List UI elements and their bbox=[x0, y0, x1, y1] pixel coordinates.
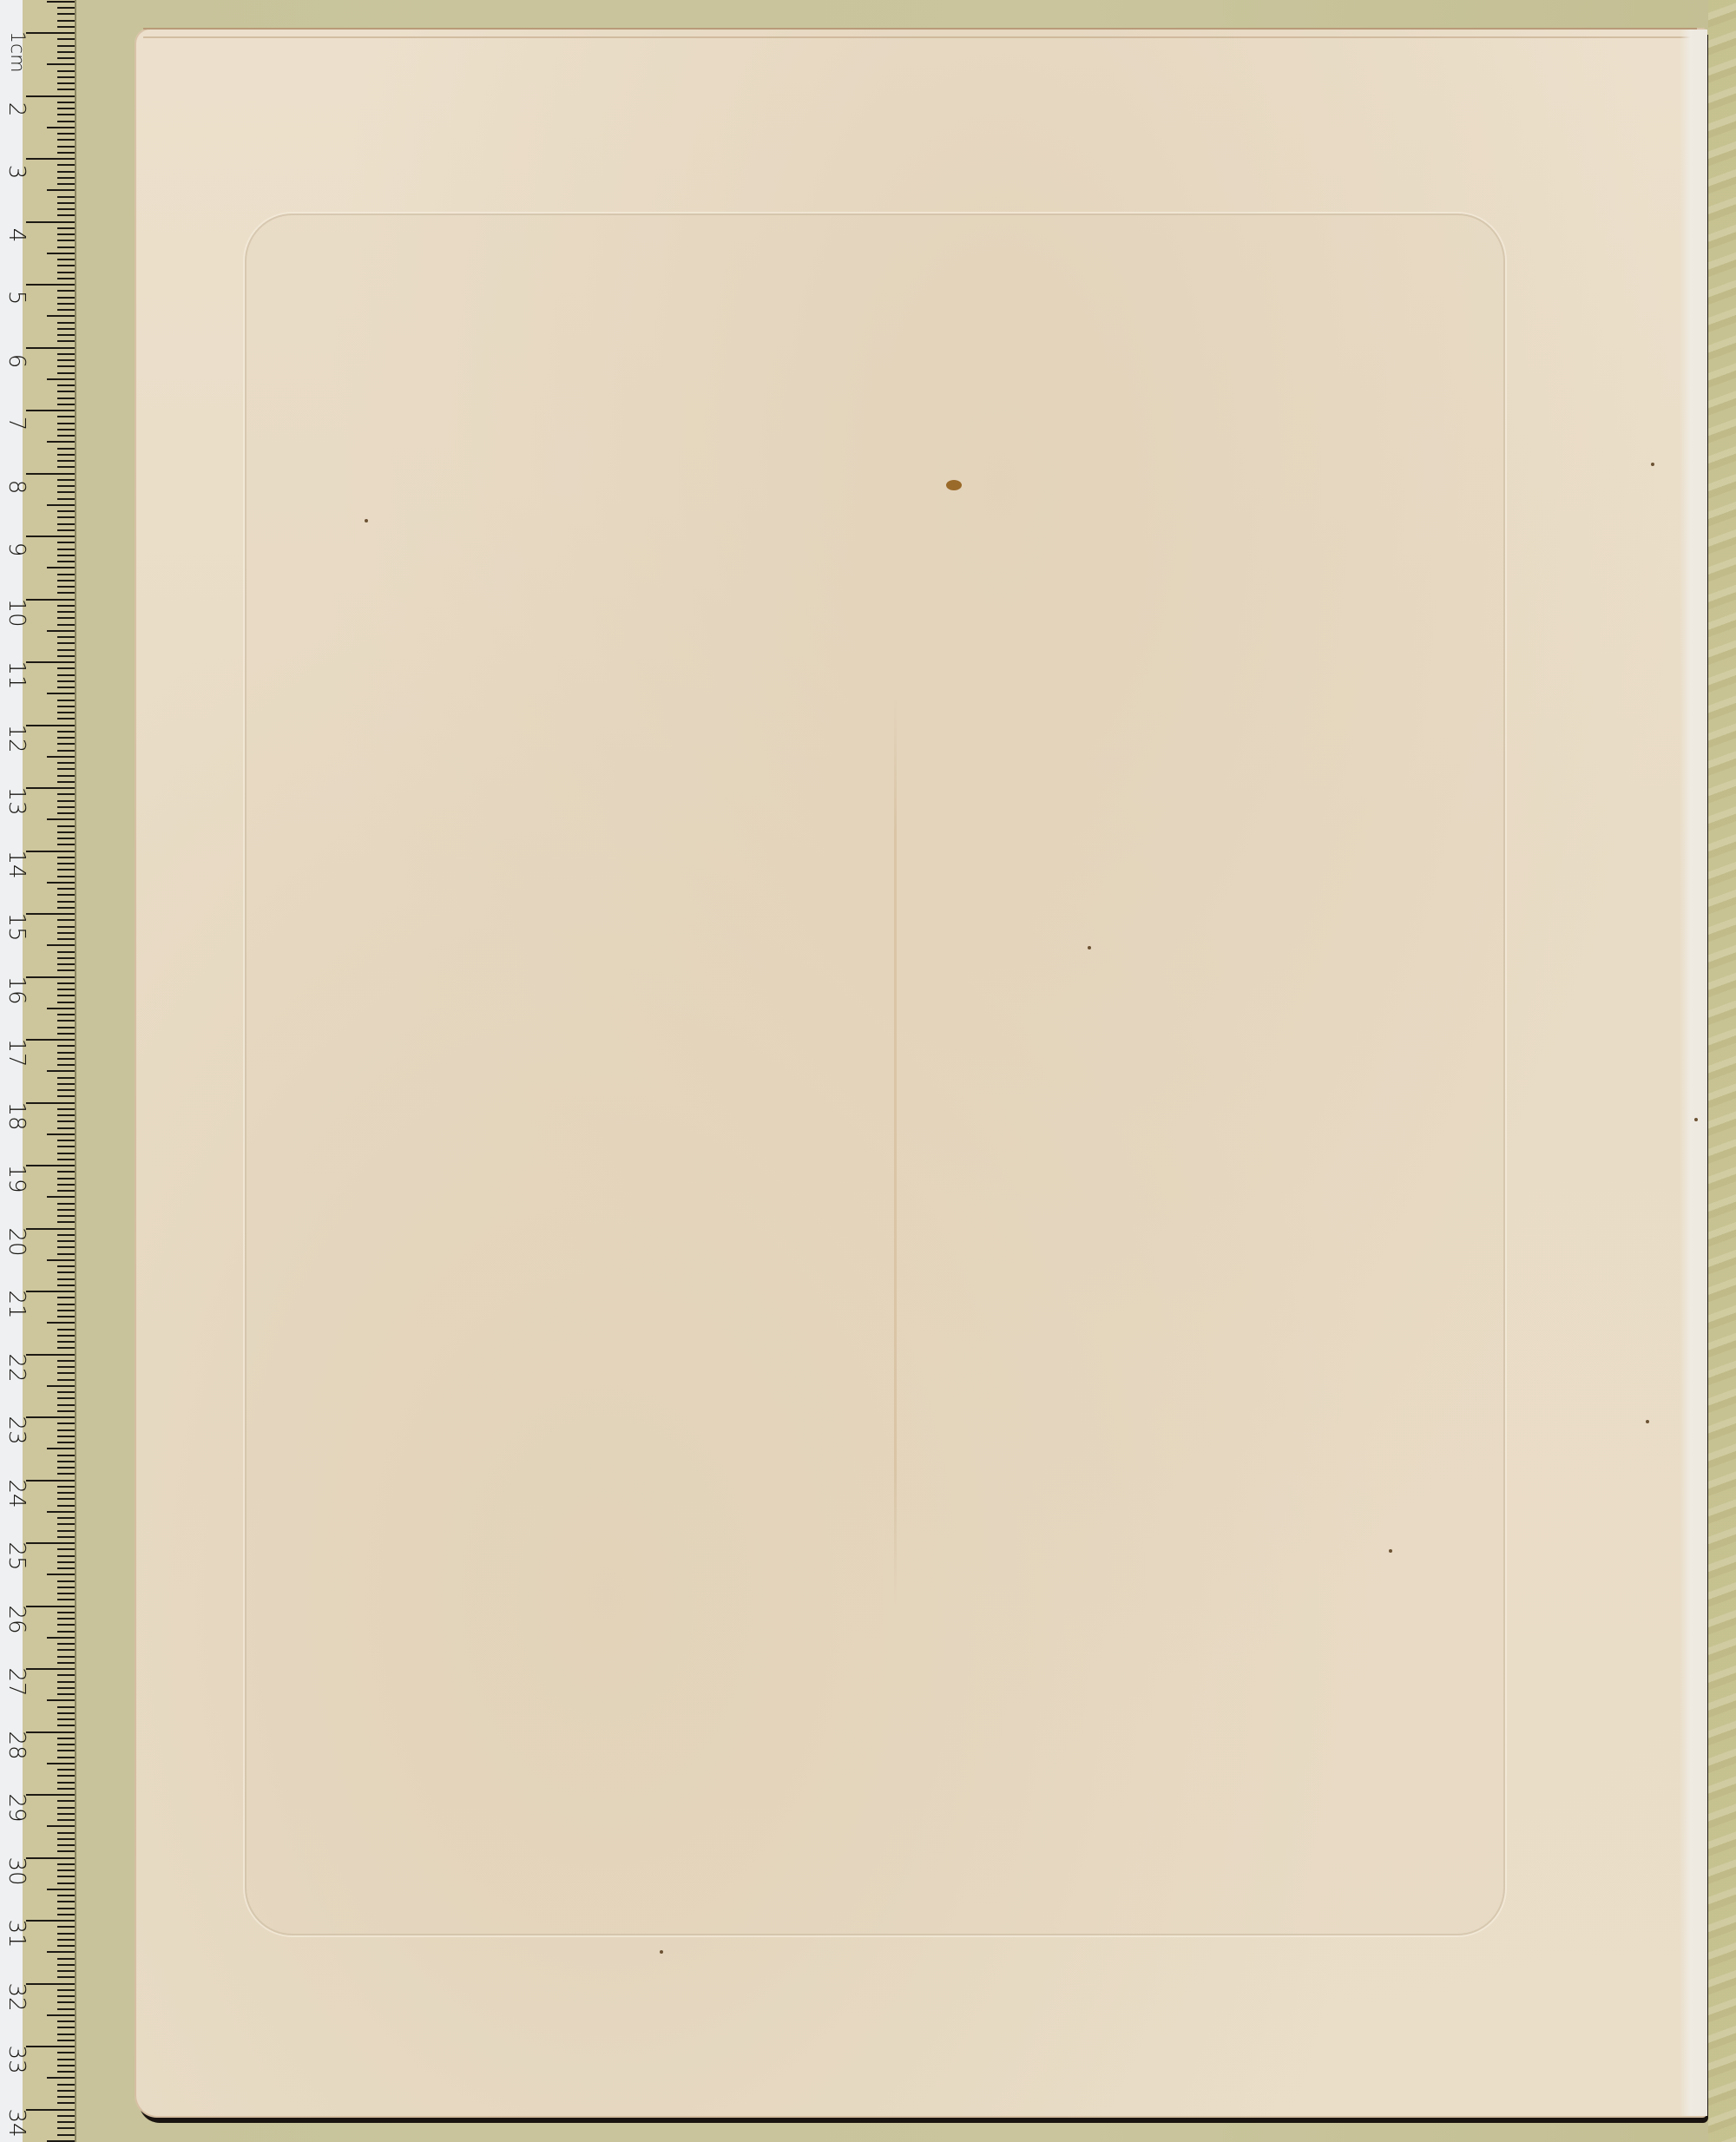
ruler-tick bbox=[57, 1832, 75, 1834]
ruler-tick bbox=[57, 398, 75, 399]
ruler-tick bbox=[57, 793, 75, 795]
ruler-tick bbox=[57, 1310, 75, 1311]
ruler-tick bbox=[57, 561, 75, 562]
ruler-tick bbox=[26, 1039, 75, 1041]
hinge-guard-strip bbox=[1680, 30, 1707, 2116]
ruler-tick bbox=[57, 982, 75, 984]
ruler-tick bbox=[57, 2001, 75, 2003]
ruler-tick bbox=[57, 1517, 75, 1519]
ruler-tick bbox=[57, 38, 75, 40]
ruler-tick bbox=[57, 894, 75, 896]
ruler-tick bbox=[57, 1410, 75, 1412]
ruler-tick bbox=[57, 574, 75, 575]
ruler-tick bbox=[47, 441, 75, 443]
ruler-cm-label: 4 bbox=[6, 220, 27, 250]
ruler-tick bbox=[57, 303, 75, 305]
ruler-tick bbox=[57, 2034, 75, 2035]
ruler-tick bbox=[57, 146, 75, 148]
ruler-tick bbox=[57, 1523, 75, 1525]
ruler-tick bbox=[47, 1008, 75, 1009]
ruler-tick bbox=[57, 214, 75, 216]
ruler-tick bbox=[57, 1643, 75, 1645]
ruler-tick bbox=[57, 322, 75, 324]
ruler-tick bbox=[57, 812, 75, 814]
ruler-tick bbox=[57, 1379, 75, 1381]
ruler-tick bbox=[57, 1146, 75, 1147]
ruler-tick bbox=[47, 693, 75, 694]
ruler-tick bbox=[57, 498, 75, 500]
ruler-tick bbox=[57, 731, 75, 733]
ruler-tick bbox=[47, 1951, 75, 1953]
ruler-tick bbox=[57, 901, 75, 903]
ruler-tick bbox=[57, 89, 75, 90]
ruler-tick bbox=[47, 189, 75, 191]
ruler-tick bbox=[47, 1574, 75, 1575]
foxing-spot bbox=[1088, 946, 1091, 949]
ruler-cm-label: 13 bbox=[6, 786, 27, 816]
ruler-tick bbox=[26, 1668, 75, 1670]
ruler-tick bbox=[57, 152, 75, 154]
ruler-tick bbox=[57, 479, 75, 481]
ruler-tick bbox=[57, 416, 75, 417]
ruler-tick bbox=[26, 1731, 75, 1733]
ruler-tick bbox=[57, 1738, 75, 1739]
ruler-tick bbox=[57, 1693, 75, 1695]
ruler-tick bbox=[57, 592, 75, 594]
ruler-cm-label: 30 bbox=[6, 1856, 27, 1886]
ruler-tick bbox=[57, 1486, 75, 1488]
ruler-tick bbox=[57, 171, 75, 173]
ruler-tick bbox=[26, 473, 75, 475]
ruler-tick bbox=[57, 743, 75, 745]
ruler-tick bbox=[57, 1561, 75, 1563]
ruler-tick bbox=[57, 1240, 75, 1242]
ruler-tick bbox=[57, 687, 75, 688]
ruler-cm-label: 18 bbox=[6, 1101, 27, 1131]
ruler-tick bbox=[57, 969, 75, 971]
ruler-cm-label: 32 bbox=[6, 1982, 27, 2012]
ruler-cm-label: 17 bbox=[6, 1038, 27, 1068]
ruler-tick bbox=[57, 1945, 75, 1947]
ruler-tick bbox=[57, 2090, 75, 2092]
ruler-tick bbox=[57, 1530, 75, 1532]
ruler-tick bbox=[26, 725, 75, 726]
ruler-tick bbox=[57, 365, 75, 367]
ruler-tick bbox=[47, 2077, 75, 2079]
ruler-tick bbox=[57, 712, 75, 713]
ruler-tick bbox=[57, 2096, 75, 2098]
ruler-tick bbox=[57, 1089, 75, 1091]
ruler-tick bbox=[57, 1045, 75, 1047]
ruler-tick bbox=[57, 108, 75, 109]
ruler-tick bbox=[57, 674, 75, 676]
ruler-tick bbox=[57, 1221, 75, 1223]
ruler-tick bbox=[57, 1631, 75, 1633]
ruler-tick bbox=[57, 1095, 75, 1097]
ruler-tick bbox=[26, 410, 75, 411]
ruler-tick bbox=[57, 781, 75, 783]
ruler-tick bbox=[57, 45, 75, 47]
ruler-tick bbox=[57, 1234, 75, 1236]
ruler-tick bbox=[26, 1542, 75, 1544]
ruler-tick bbox=[57, 617, 75, 619]
ruler-tick bbox=[57, 297, 75, 299]
ruler-tick bbox=[57, 938, 75, 940]
ruler-tick bbox=[57, 1674, 75, 1676]
ruler-tick bbox=[57, 869, 75, 871]
ruler-tick bbox=[57, 1718, 75, 1720]
ruler-tick bbox=[57, 26, 75, 28]
ruler-tick bbox=[26, 1354, 75, 1356]
ruler-cm-label: 20 bbox=[6, 1227, 27, 1257]
ruler-tick bbox=[26, 2109, 75, 2111]
ruler-tick bbox=[57, 1505, 75, 1507]
ruler-tick bbox=[57, 800, 75, 802]
ruler-tick bbox=[26, 347, 75, 349]
ruler-tick bbox=[57, 1366, 75, 1368]
ruler-tick bbox=[57, 1473, 75, 1475]
ruler-cm-label: 16 bbox=[6, 976, 27, 1005]
ruler-tick bbox=[57, 1807, 75, 1809]
ruler-tick bbox=[57, 762, 75, 764]
ruler-cm-label: 33 bbox=[6, 2045, 27, 2074]
ruler-tick bbox=[57, 1114, 75, 1116]
ruler-cm-label: 24 bbox=[6, 1479, 27, 1508]
ruler-tick bbox=[57, 259, 75, 260]
ruler-tick bbox=[57, 838, 75, 839]
ruler-tick bbox=[57, 133, 75, 135]
ruler-tick bbox=[57, 454, 75, 456]
ruler-tick bbox=[57, 1455, 75, 1456]
ruler-tick bbox=[57, 611, 75, 613]
ruler-tick bbox=[57, 1052, 75, 1054]
ruler-tick bbox=[57, 384, 75, 386]
ruler-tick bbox=[57, 7, 75, 9]
center-fold-line bbox=[894, 694, 897, 1606]
ruler-tick bbox=[57, 523, 75, 525]
ruler-cm-label: 29 bbox=[6, 1793, 27, 1823]
ruler-tick bbox=[57, 359, 75, 361]
ruler-tick bbox=[57, 1775, 75, 1777]
ruler-tick bbox=[57, 768, 75, 770]
ruler-tick bbox=[57, 1020, 75, 1022]
ruler-tick bbox=[57, 1033, 75, 1035]
ruler-tick bbox=[57, 2052, 75, 2053]
ruler-tick bbox=[57, 423, 75, 424]
ruler-tick bbox=[57, 1964, 75, 1966]
ruler-tick bbox=[47, 1448, 75, 1449]
ruler-tick bbox=[47, 1637, 75, 1639]
ruler-tick bbox=[57, 1278, 75, 1280]
ruler-cm-label: 9 bbox=[6, 535, 27, 564]
ruler-tick bbox=[57, 1876, 75, 1877]
ruler-tick bbox=[57, 1548, 75, 1550]
ruler-tick bbox=[57, 1341, 75, 1343]
ruler-cm-label: 11 bbox=[6, 660, 27, 690]
ruler-tick bbox=[26, 221, 75, 223]
ruler-tick bbox=[57, 1140, 75, 1141]
ruler-tick bbox=[57, 1567, 75, 1569]
ruler-cm-label: 28 bbox=[6, 1731, 27, 1760]
ruler-tick bbox=[57, 246, 75, 248]
ruler-cm-label: 27 bbox=[6, 1667, 27, 1697]
ruler-tick bbox=[57, 549, 75, 550]
ruler-tick bbox=[57, 1995, 75, 1997]
ruler-tick bbox=[57, 1108, 75, 1110]
ruler-tick bbox=[57, 1555, 75, 1557]
ruler-tick bbox=[57, 1989, 75, 1991]
ruler-tick bbox=[57, 1612, 75, 1613]
ruler-tick bbox=[57, 963, 75, 965]
ruler-tick bbox=[57, 1467, 75, 1469]
ruler-tick bbox=[57, 1744, 75, 1745]
ruler-tick bbox=[47, 127, 75, 128]
ruler-tick bbox=[57, 825, 75, 827]
ruler-tick bbox=[57, 580, 75, 581]
ruler-tick bbox=[57, 737, 75, 739]
ruler-tick bbox=[57, 372, 75, 374]
ruler-tick bbox=[57, 1933, 75, 1935]
ruler-tick bbox=[57, 2084, 75, 2086]
ruler-cm-label: 15 bbox=[6, 912, 27, 942]
ruler-tick bbox=[57, 667, 75, 669]
ruler-tick bbox=[57, 957, 75, 959]
ruler-tick bbox=[57, 1184, 75, 1186]
ruler-tick bbox=[57, 1178, 75, 1179]
ruler-tick bbox=[57, 586, 75, 588]
ruler-tick bbox=[57, 1712, 75, 1714]
ruler-tick bbox=[57, 649, 75, 651]
ruler-tick bbox=[57, 227, 75, 229]
ruler-tick bbox=[57, 1618, 75, 1620]
ruler-tick bbox=[57, 309, 75, 311]
backdrop-crumpled-edge bbox=[1708, 0, 1736, 2142]
ruler-tick bbox=[57, 926, 75, 928]
ruler-tick bbox=[57, 1246, 75, 1248]
ruler-tick bbox=[57, 1077, 75, 1079]
ruler-tick bbox=[57, 1492, 75, 1494]
ruler-tick bbox=[47, 1259, 75, 1261]
ruler-tick bbox=[57, 20, 75, 22]
ruler-tick bbox=[57, 290, 75, 292]
ruler-tick bbox=[26, 787, 75, 789]
ruler-tick bbox=[57, 2040, 75, 2041]
ruler-cm-label: 14 bbox=[6, 850, 27, 879]
ruler-tick bbox=[57, 208, 75, 210]
ruler-tick bbox=[57, 1706, 75, 1708]
ruler-tick bbox=[57, 1271, 75, 1273]
ruler-tick bbox=[57, 1895, 75, 1896]
page-top-edge bbox=[143, 28, 1697, 38]
ruler-tick bbox=[57, 1800, 75, 1802]
ruler-tick bbox=[57, 1372, 75, 1374]
ruler-tick bbox=[26, 1291, 75, 1292]
ruler-tick bbox=[57, 1750, 75, 1751]
ruler-tick bbox=[57, 1297, 75, 1298]
ruler-tick bbox=[57, 1083, 75, 1085]
ruler-tick bbox=[47, 630, 75, 632]
ruler-tick bbox=[47, 1, 75, 3]
ruler-tick bbox=[26, 976, 75, 978]
ruler-tick bbox=[57, 1335, 75, 1337]
ruler-tick bbox=[57, 1391, 75, 1393]
ruler-tick bbox=[26, 284, 75, 286]
ruler-cm-label: 1cm bbox=[6, 31, 27, 61]
ruler-tick bbox=[47, 1763, 75, 1764]
ruler-cm-label: 31 bbox=[6, 1919, 27, 1948]
ruler-tick bbox=[26, 1794, 75, 1796]
ruler-tick bbox=[57, 2121, 75, 2123]
ruler-tick bbox=[47, 756, 75, 758]
ruler-cm-label: 6 bbox=[6, 346, 27, 376]
ruler-tick bbox=[57, 177, 75, 179]
ruler-tick bbox=[57, 907, 75, 909]
ruler-tick bbox=[57, 1813, 75, 1815]
ruler-tick bbox=[26, 1857, 75, 1859]
ruler-tick bbox=[57, 1397, 75, 1399]
ruler-cm-label: 2 bbox=[6, 95, 27, 124]
ruler-tick bbox=[57, 272, 75, 273]
ruler-tick bbox=[57, 265, 75, 266]
ruler-tick bbox=[57, 1347, 75, 1349]
ruler-tick bbox=[57, 1265, 75, 1267]
ruler-cm-label: 12 bbox=[6, 724, 27, 753]
ruler-tick bbox=[47, 1889, 75, 1890]
ruler-tick bbox=[57, 429, 75, 430]
ruler-tick bbox=[57, 1782, 75, 1784]
ruler-tick bbox=[57, 951, 75, 953]
ruler-tick bbox=[57, 2020, 75, 2022]
ruler-tick bbox=[47, 1825, 75, 1827]
ruler-tick bbox=[57, 278, 75, 279]
ruler-tick bbox=[26, 1606, 75, 1607]
ruler-tick bbox=[57, 1844, 75, 1846]
ruler-tick bbox=[57, 121, 75, 122]
ruler-tick bbox=[26, 913, 75, 915]
ruler-tick bbox=[57, 1593, 75, 1594]
ruler-tick bbox=[57, 1127, 75, 1129]
ruler-tick bbox=[57, 1429, 75, 1431]
ruler-tick bbox=[57, 863, 75, 864]
ruler-tick bbox=[57, 1498, 75, 1500]
ruler-tick bbox=[26, 2046, 75, 2047]
ruler-cm-label: 25 bbox=[6, 1541, 27, 1571]
ruler-tick bbox=[47, 1385, 75, 1387]
ruler-tick bbox=[57, 1014, 75, 1015]
ruler-cm-label: 3 bbox=[6, 157, 27, 187]
ruler-tick bbox=[57, 76, 75, 78]
ruler-tick bbox=[57, 555, 75, 556]
ruler-tick bbox=[57, 636, 75, 638]
ruler-tick bbox=[57, 605, 75, 607]
ruler-tick bbox=[57, 1681, 75, 1683]
ruler-tick bbox=[57, 1360, 75, 1362]
ruler-tick bbox=[57, 857, 75, 858]
ruler-tick bbox=[47, 253, 75, 254]
ruler-tick bbox=[57, 1190, 75, 1192]
ruler-tick bbox=[57, 460, 75, 462]
ruler-tick bbox=[47, 882, 75, 884]
ruler-cm-label: 8 bbox=[6, 472, 27, 502]
ruler-tick bbox=[47, 1196, 75, 1198]
ruler-tick bbox=[47, 567, 75, 568]
ruler-cm-label: 34 bbox=[6, 2108, 27, 2138]
ruler-tick bbox=[57, 680, 75, 682]
ruler-tick bbox=[57, 700, 75, 701]
ruler-tick bbox=[57, 1536, 75, 1538]
ruler-tick bbox=[57, 404, 75, 405]
ruler-tick bbox=[57, 202, 75, 204]
ruler-tick bbox=[26, 661, 75, 663]
ruler-tick bbox=[47, 1070, 75, 1072]
ruler-tick bbox=[57, 1171, 75, 1173]
ruler-tick bbox=[57, 1970, 75, 1972]
foxing-spot bbox=[660, 1950, 663, 1954]
ruler-cm-label: 26 bbox=[6, 1605, 27, 1634]
foxing-spot bbox=[1646, 1420, 1649, 1423]
ruler-tick bbox=[57, 448, 75, 450]
ruler-tick bbox=[57, 435, 75, 437]
ruler-tick bbox=[57, 240, 75, 241]
ruler-tick bbox=[26, 32, 75, 34]
ruler-tick bbox=[57, 1153, 75, 1154]
plate-mark bbox=[245, 214, 1505, 1935]
ruler-tick bbox=[57, 1064, 75, 1066]
ruler-tick bbox=[57, 1461, 75, 1462]
ruler-tick bbox=[26, 1920, 75, 1922]
ruler-tick bbox=[47, 504, 75, 506]
ruler-tick bbox=[57, 70, 75, 72]
foxing-spot bbox=[1694, 1118, 1698, 1121]
measurement-ruler bbox=[23, 0, 76, 2142]
ruler-tick bbox=[26, 1165, 75, 1166]
ruler-tick bbox=[57, 1329, 75, 1331]
ruler-tick bbox=[57, 1687, 75, 1689]
ruler-tick bbox=[57, 340, 75, 342]
ruler-tick bbox=[57, 1939, 75, 1941]
ruler-tick bbox=[57, 1976, 75, 1978]
ruler-tick bbox=[57, 655, 75, 657]
ruler-tick bbox=[57, 2065, 75, 2066]
ruler-tick bbox=[57, 2127, 75, 2129]
ruler-tick bbox=[57, 1838, 75, 1840]
ruler-tick bbox=[57, 775, 75, 777]
ruler-tick bbox=[26, 535, 75, 537]
ruler-tick bbox=[57, 82, 75, 84]
ruler-tick bbox=[57, 706, 75, 707]
ruler-tick bbox=[57, 1215, 75, 1217]
ruler-tick bbox=[57, 1624, 75, 1626]
ruler-tick bbox=[47, 1322, 75, 1324]
ruler-cm-label: 5 bbox=[6, 283, 27, 312]
ruler-tick bbox=[57, 718, 75, 719]
ruler-tick bbox=[57, 139, 75, 141]
ruler-tick bbox=[57, 1159, 75, 1160]
ruler-tick bbox=[57, 1002, 75, 1003]
ruler-tick bbox=[47, 378, 75, 380]
ruler-tick bbox=[26, 599, 75, 601]
ruler-tick bbox=[57, 353, 75, 355]
ruler-tick bbox=[57, 2027, 75, 2028]
ruler-tick bbox=[57, 1725, 75, 1726]
ruler-tick bbox=[47, 1511, 75, 1513]
ruler-tick bbox=[57, 1908, 75, 1909]
ruler-tick bbox=[57, 1850, 75, 1852]
ruler-cm-label: 10 bbox=[6, 598, 27, 627]
ruler-tick bbox=[57, 1788, 75, 1790]
ruler-tick bbox=[47, 818, 75, 820]
ruler-tick bbox=[57, 750, 75, 752]
